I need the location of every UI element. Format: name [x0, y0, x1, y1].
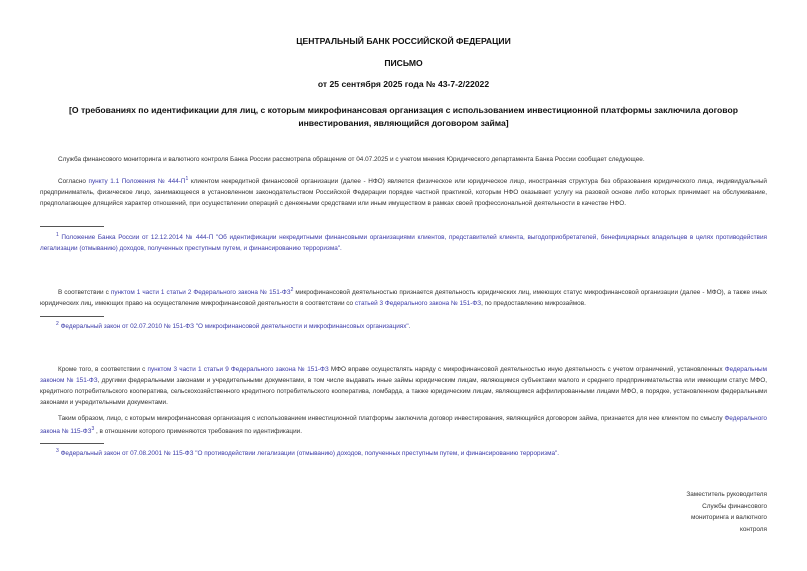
paragraph-conclusion: Таким образом, лицо, с которым микрофина…: [40, 413, 767, 437]
footnote-divider: [40, 316, 104, 317]
footnote-3-marker: 3: [56, 448, 59, 454]
paragraph-intro-text: Служба финансового мониторинга и валютно…: [58, 156, 645, 163]
footnote-3-text[interactable]: Федеральный закон от 07.08.2001 № 115-ФЗ…: [61, 450, 560, 457]
footnote-divider: [40, 443, 104, 444]
footnote-1-marker: 1: [56, 232, 59, 238]
signature-line-4: контроля: [627, 524, 767, 536]
text: В соответствии с: [58, 289, 111, 296]
document-type: ПИСЬМО: [0, 58, 807, 68]
text: , в отношении которого применяются требо…: [94, 428, 302, 435]
signature-line-1: Заместитель руководителя: [627, 489, 767, 501]
footnote-2[interactable]: 2 Федеральный закон от 02.07.2010 № 151-…: [40, 319, 767, 332]
footnote-2-text[interactable]: Федеральный закон от 02.07.2010 № 151-ФЗ…: [61, 323, 411, 330]
text: , другими федеральными законами и учреди…: [40, 377, 767, 406]
text: , по предоставлению микрозаймов.: [481, 300, 586, 307]
link-regulation-444p[interactable]: пункту 1.1 Положения № 444-П: [88, 178, 185, 185]
organization-name: ЦЕНТРАЛЬНЫЙ БАНК РОССИЙСКОЙ ФЕДЕРАЦИИ: [0, 36, 807, 46]
footnote-3[interactable]: 3 Федеральный закон от 07.08.2001 № 115-…: [40, 446, 767, 459]
signature-line-2: Службы финансового: [627, 501, 767, 513]
text: Согласно: [58, 178, 88, 185]
footnote-2-marker: 2: [56, 321, 59, 327]
paragraph-client-definition: Согласно пункту 1.1 Положения № 444-П1 к…: [40, 174, 767, 209]
paragraph-other-activity: Кроме того, в соответствии с пунктом 3 ч…: [40, 364, 767, 408]
link-law-151fz-art2[interactable]: пунктом 1 части 1 статьи 2 Федерального …: [111, 289, 291, 296]
signature-block: Заместитель руководителя Службы финансов…: [627, 489, 767, 535]
document-title: [О требованиях по идентификации для лиц,…: [40, 104, 767, 130]
text: Кроме того, в соответствии с: [58, 366, 148, 373]
footnote-divider: [40, 226, 104, 227]
letter-page: ЦЕНТРАЛЬНЫЙ БАНК РОССИЙСКОЙ ФЕДЕРАЦИИ ПИ…: [0, 0, 807, 571]
link-law-151fz-art9[interactable]: пунктом 3 части 1 статьи 9 Федерального …: [148, 366, 329, 373]
paragraph-intro: Служба финансового мониторинга и валютно…: [40, 154, 767, 165]
footnote-1[interactable]: 1 Положение Банка России от 12.12.2014 №…: [40, 230, 767, 254]
footnote-1-text[interactable]: Положение Банка России от 12.12.2014 № 4…: [40, 234, 767, 252]
document-date-number: от 25 сентября 2025 года № 43-7-2/22022: [0, 79, 807, 89]
paragraph-microfinance-activity: В соответствии с пунктом 1 части 1 стать…: [40, 285, 767, 309]
signature-line-3: мониторинга и валютного: [627, 512, 767, 524]
text: МФО вправе осуществлять наряду с микрофи…: [329, 366, 725, 373]
text: Таким образом, лицо, с которым микрофина…: [58, 415, 724, 422]
link-law-151fz-art3[interactable]: статьей 3 Федерального закона № 151-ФЗ: [355, 300, 481, 307]
